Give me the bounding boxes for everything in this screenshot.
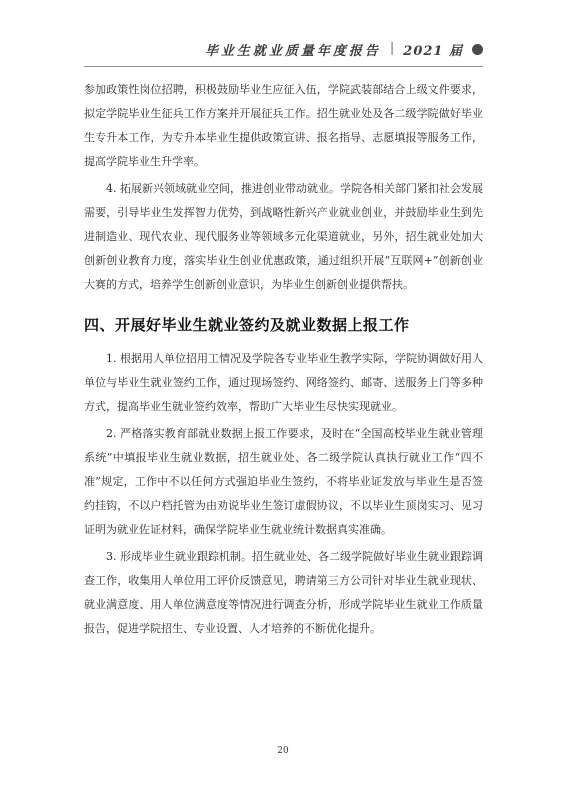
- page-content: 毕业生就业质量年度报告 | 2021 届 参加政策性岗位招聘，积极鼓励毕业生应征…: [84, 40, 483, 644]
- paragraph-item-4: 4. 拓展新兴领域就业空间，推进创业带动就业。学院各相关部门紧扣社会发展需要，引…: [84, 177, 483, 297]
- report-page: 毕业生就业质量年度报告 | 2021 届 参加政策性岗位招聘，积极鼓励毕业生应征…: [0, 0, 566, 800]
- paragraph-item-1: 1. 根据用人单位招用工情况及学院各专业毕业生教学实际，学院协调做好用人单位与毕…: [84, 347, 483, 419]
- document-body: 参加政策性岗位招聘，积极鼓励毕业生应征入伍，学院武装部结合上级文件要求，拟定学院…: [84, 78, 483, 641]
- report-edition: 2021 届: [403, 40, 463, 59]
- section-heading: 四、开展好毕业生就业签约及就业数据上报工作: [84, 316, 483, 334]
- header-separator: |: [390, 41, 394, 56]
- paragraph-item-2: 2. 严格落实教育部就业数据上报工作要求，及时在“全国高校毕业生就业管理系统”中…: [84, 422, 483, 542]
- page-header: 毕业生就业质量年度报告 | 2021 届: [84, 40, 483, 67]
- header-dot-icon: [472, 44, 483, 55]
- paragraph-item-3: 3. 形成毕业生就业跟踪机制。招生就业处、各二级学院做好毕业生就业跟踪调查工作，…: [84, 545, 483, 641]
- paragraph-continued: 参加政策性岗位招聘，积极鼓励毕业生应征入伍，学院武装部结合上级文件要求，拟定学院…: [84, 78, 483, 174]
- report-title: 毕业生就业质量年度报告: [205, 40, 381, 59]
- page-number: 20: [0, 746, 566, 756]
